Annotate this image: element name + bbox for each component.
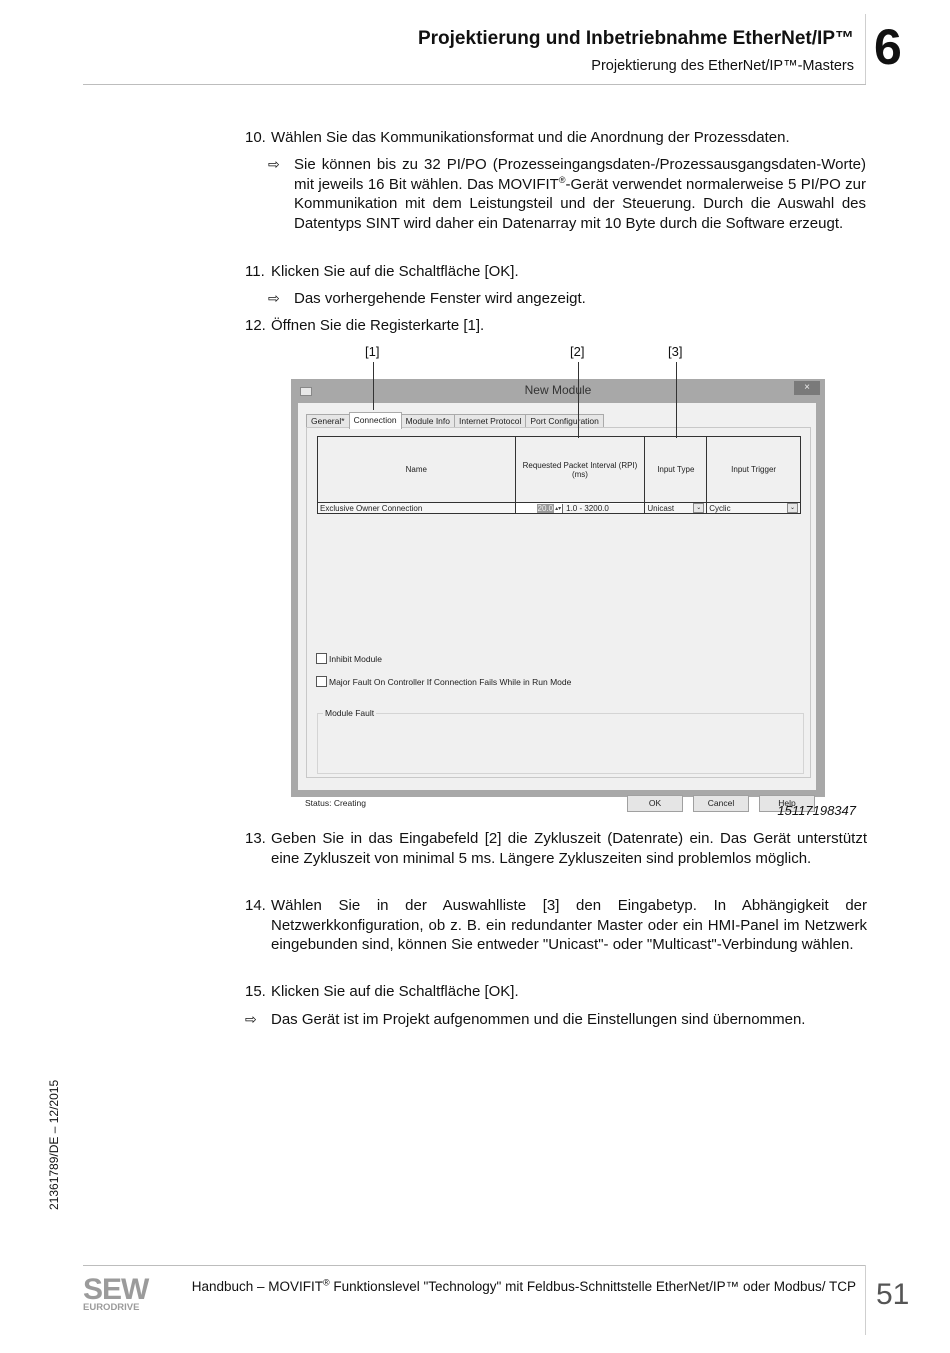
callout-2: [2] [570, 344, 584, 359]
step-10: 10. Wählen Sie das Kommunikationsformat … [245, 128, 867, 148]
step-12: 12. Öffnen Sie die Registerkarte [1]. [245, 316, 867, 336]
ok-button[interactable]: OK [627, 795, 683, 812]
rpi-range: 1.0 - 3200.0 [562, 504, 644, 513]
dialog-title: New Module [291, 383, 825, 397]
step-text: Geben Sie in das Eingabefeld [2] die Zyk… [271, 829, 867, 868]
document-code: 21361789/DE – 12/2015 [47, 1080, 61, 1210]
footer-divider-vertical [865, 1265, 866, 1335]
step-13: 13. Geben Sie in das Eingabefeld [2] die… [245, 829, 867, 868]
connection-name: Exclusive Owner Connection [318, 503, 516, 514]
close-icon: × [804, 382, 810, 393]
result-15: ⇨ Das Gerät ist im Projekt aufgenommen u… [245, 1010, 867, 1030]
page-number: 51 [876, 1278, 909, 1312]
step-11: 11. Klicken Sie auf die Schaltfläche [OK… [245, 262, 867, 282]
step-number: 12. [245, 316, 266, 336]
step-text: Klicken Sie auf die Schaltfläche [OK]. [271, 262, 867, 282]
inhibit-module-checkbox[interactable]: Inhibit Module [316, 653, 382, 664]
tab-bar: General* Connection Module Info Internet… [306, 412, 603, 426]
major-fault-checkbox[interactable]: Major Fault On Controller If Connection … [316, 676, 571, 687]
module-fault-group: Module Fault [317, 713, 804, 774]
callout-1: [1] [365, 344, 379, 359]
checkbox-icon[interactable] [316, 676, 327, 687]
step-14: 14. Wählen Sie in der Auswahlliste [3] d… [245, 896, 867, 955]
callout-1-line [373, 362, 374, 410]
tab-port-configuration[interactable]: Port Configuration [525, 414, 604, 428]
input-type-value: Unicast [647, 504, 674, 513]
callout-3: [3] [668, 344, 682, 359]
input-trigger-value: Cyclic [709, 504, 730, 513]
input-type-select[interactable]: Unicast⌄ [645, 503, 707, 514]
result-text: Das Gerät ist im Projekt aufgenommen und… [271, 1010, 867, 1030]
connection-table: Name Requested Packet Interval (RPI) (ms… [317, 436, 801, 514]
step-number: 13. [245, 829, 266, 849]
chapter-number: 6 [874, 22, 902, 72]
spinner-updown-icon[interactable]: ▴▾ [554, 505, 562, 512]
column-header-input-type: Input Type [645, 437, 707, 503]
chevron-down-icon[interactable]: ⌄ [693, 503, 704, 513]
step-text: Öffnen Sie die Registerkarte [1]. [271, 316, 867, 336]
footer-rule [83, 1265, 866, 1266]
new-module-dialog: New Module × General* Connection Module … [291, 379, 825, 797]
logo-text-sew: SEW [83, 1277, 148, 1303]
dialog-titlebar[interactable]: New Module × [291, 379, 825, 403]
dialog-client: General* Connection Module Info Internet… [298, 403, 816, 790]
registered-mark: ® [559, 175, 566, 185]
checkbox-icon[interactable] [316, 653, 327, 664]
step-number: 15. [245, 982, 266, 1002]
tab-connection[interactable]: Connection [349, 412, 402, 429]
sew-eurodrive-logo: SEW EURODRIVE [83, 1277, 148, 1313]
step-number: 11. [245, 262, 265, 282]
step-text: Wählen Sie das Kommunikationsformat und … [271, 128, 867, 148]
module-fault-label: Module Fault [323, 708, 376, 718]
close-button[interactable]: × [794, 381, 820, 395]
header-divider-vertical [865, 14, 866, 84]
step-number: 10. [245, 128, 266, 148]
connection-panel: Name Requested Packet Interval (RPI) (ms… [306, 427, 811, 778]
tab-internet-protocol[interactable]: Internet Protocol [454, 414, 526, 428]
section-title: Projektierung des EtherNet/IP™-Masters [591, 58, 854, 74]
tab-general[interactable]: General* [306, 414, 350, 428]
result-10: ⇨ Sie können bis zu 32 PI/PO (Prozessein… [268, 155, 866, 233]
step-text: Wählen Sie in der Auswahlliste [3] den E… [271, 896, 867, 955]
header-rule [83, 84, 866, 85]
arrow-right-icon: ⇨ [268, 155, 280, 175]
figure-id: 15117198347 [777, 803, 856, 818]
cancel-button[interactable]: Cancel [693, 795, 749, 812]
tab-module-info[interactable]: Module Info [401, 414, 455, 428]
checkbox-label: Major Fault On Controller If Connection … [329, 677, 571, 687]
footer-manual-title: Handbuch – MOVIFIT® Funktionslevel "Tech… [156, 1277, 856, 1296]
arrow-right-icon: ⇨ [268, 289, 280, 309]
column-header-input-trigger: Input Trigger [707, 437, 801, 503]
step-text: Klicken Sie auf die Schaltfläche [OK]. [271, 982, 867, 1002]
result-text: Das vorhergehende Fenster wird angezeigt… [294, 289, 866, 309]
column-header-rpi: Requested Packet Interval (RPI) (ms) [515, 437, 645, 503]
chapter-title: Projektierung und Inbetriebnahme EtherNe… [418, 28, 854, 50]
input-trigger-select[interactable]: Cyclic⌄ [707, 503, 801, 514]
result-11: ⇨ Das vorhergehende Fenster wird angezei… [268, 289, 866, 309]
checkbox-label: Inhibit Module [329, 654, 382, 664]
logo-text-eurodrive: EURODRIVE [83, 1303, 148, 1313]
result-text: Sie können bis zu 32 PI/PO (Prozesseinga… [294, 155, 866, 233]
callout-2-line [578, 362, 579, 438]
rpi-cell: 20.0 ▴▾ 1.0 - 3200.0 [515, 503, 645, 514]
chevron-down-icon[interactable]: ⌄ [787, 503, 798, 513]
callout-3-line [676, 362, 677, 438]
table-row: Exclusive Owner Connection 20.0 ▴▾ 1.0 -… [318, 503, 801, 514]
step-number: 14. [245, 896, 266, 916]
status-text: Status: Creating [305, 798, 366, 808]
column-header-name: Name [318, 437, 516, 503]
arrow-right-icon: ⇨ [245, 1010, 257, 1030]
rpi-input[interactable]: 20.0 [537, 504, 555, 513]
step-15: 15. Klicken Sie auf die Schaltfläche [OK… [245, 982, 867, 1002]
